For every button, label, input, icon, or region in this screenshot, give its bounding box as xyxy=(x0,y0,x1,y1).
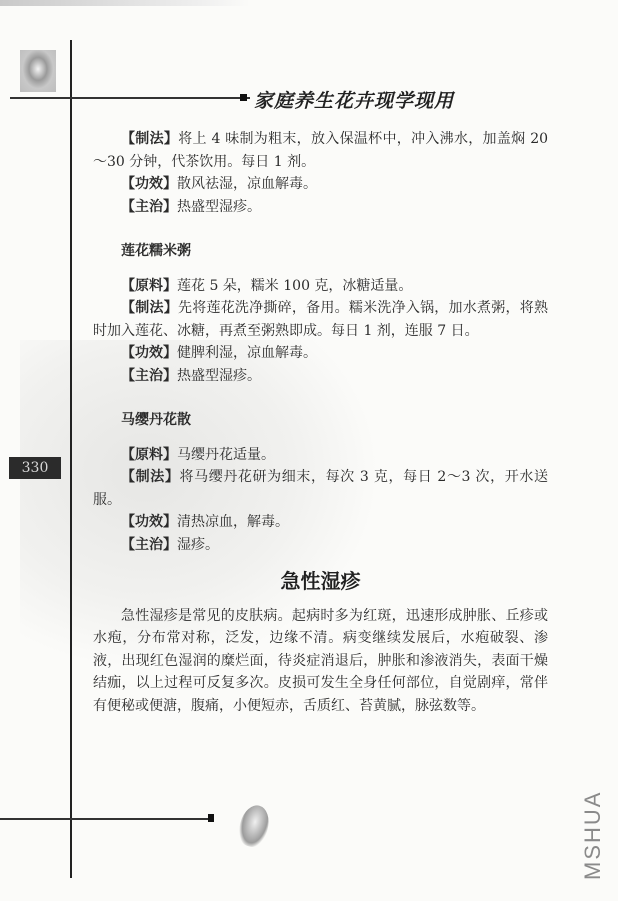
section-body: 急性湿疹是常见的皮肤病。起病时多为红斑，迅速形成肿胀、丘疹或水疱，分布常对称，泛… xyxy=(93,605,548,718)
watermark: MSHUA xyxy=(580,791,606,880)
paragraph-method: 【制法】将上 4 味制为粗末，放入保温杯中，冲入沸水，加盖焖 20～30 分钟，… xyxy=(93,128,548,173)
paragraph-effect: 【功效】健脾利湿，凉血解毒。 xyxy=(93,342,548,365)
paragraph-effect: 【功效】散风祛湿，凉血解毒。 xyxy=(93,173,548,196)
margin-vertical-rule xyxy=(70,40,72,878)
recipe-title: 马缨丹花散 xyxy=(121,409,548,432)
header-rule xyxy=(10,97,250,99)
flower-ornament-icon xyxy=(235,802,273,850)
recipe-title: 莲花糯米粥 xyxy=(121,240,548,263)
paragraph-effect: 【功效】清热凉血，解毒。 xyxy=(93,511,548,534)
paragraph-method: 【制法】先将莲花洗净撕碎，备用。糯米洗净入锅，加水煮粥，将熟时加入莲花、冰糖，再… xyxy=(93,297,548,342)
paragraph-ingredients: 【原料】莲花 5 朵，糯米 100 克，冰糖适量。 xyxy=(93,275,548,298)
corner-ornament-icon xyxy=(20,50,56,92)
paragraph-method: 【制法】将马缨丹花研为细末，每次 3 克，每日 2～3 次，开水送服。 xyxy=(93,466,548,511)
paragraph-indication: 【主治】热盛型湿疹。 xyxy=(93,365,548,388)
footer-rule-square-icon xyxy=(208,814,214,822)
footer-rule xyxy=(0,818,213,820)
paragraph-ingredients: 【原料】马缨丹花适量。 xyxy=(93,444,548,467)
header-rule-square-icon xyxy=(240,94,247,101)
page-number: 330 xyxy=(9,457,61,479)
scan-edge-shadow xyxy=(0,0,250,6)
page-content: 【制法】将上 4 味制为粗末，放入保温杯中，冲入沸水，加盖焖 20～30 分钟，… xyxy=(93,128,548,717)
paragraph-indication: 【主治】湿疹。 xyxy=(93,534,548,557)
section-heading: 急性湿疹 xyxy=(93,570,548,593)
running-header-title: 家庭养生花卉现学现用 xyxy=(254,86,454,113)
paragraph-indication: 【主治】热盛型湿疹。 xyxy=(93,196,548,219)
